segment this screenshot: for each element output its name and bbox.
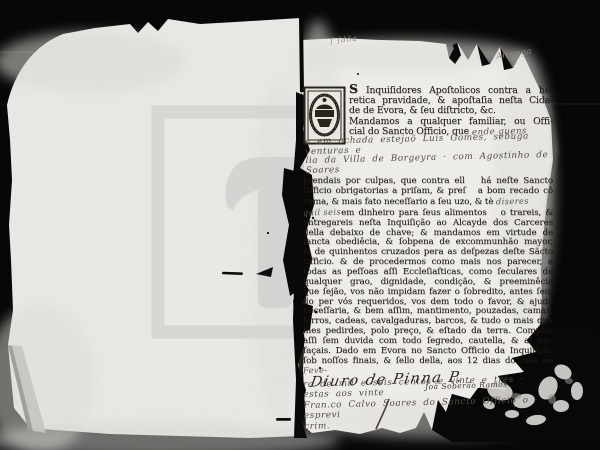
printed-text: do per vós requeridos, vos dem todo o fa… [303,297,553,307]
printed-text: o trareis, & [501,208,553,218]
printed-text: cama, & mais fato neceſſario a ſeu uzo, … [303,197,496,207]
printed-text: Officio. & de procedermos como mais nos … [303,257,553,267]
archival-scan-photo: ſ fdõa Alçenga S Inquiſidores Apoſtolico… [0,0,600,450]
printed-text: neceſſaria, & bem aſſim, mantimento, pou… [303,306,553,316]
body-lines: prendais por culpas, que contra ellhá ne… [303,177,553,377]
printed-text: façais. Dado em Evora no Sancto Officio … [303,346,553,356]
printed-text: ſob noſſos finais, & ſello della, aos 12… [303,356,553,366]
printed-text: qualquer grao, dignidade, condição, & pr… [303,277,553,287]
printed-text: aſſi ſem duvida com todo ſegredo, cautel… [303,336,553,346]
printed-text: todas as peſſoas aſſi Eccleſiaſticas, co… [303,267,553,277]
printed-text: ſancta obediêcia, & ſobpena de excommunh… [303,237,553,247]
printed-text: lhes pedirdes, polo preço, & eſtado da t… [303,326,553,336]
printed-text: a bom recado cõ [478,186,553,196]
printed-text: & de quinhentos cruzados pera as deſpeza… [303,247,553,257]
printed-text: que ſejão, vos não impidam fazer o ſobre… [303,287,553,297]
printed-text: Officio obrigatorias a priſam, & preſ [303,186,466,196]
printed-text: prendais por culpas, que contra ell [303,176,465,186]
manuscript-word: quil seis [303,207,341,218]
printed-text: ferros, cadeas, cavalgaduras, barcos, & … [303,316,553,326]
manuscript-insert-block: e em achada estejaõ Luis Gomes, sebuga v… [305,132,554,176]
printed-text: há neſte Sancto [481,176,553,186]
printed-text: entregareis neſta Inquiſição ao Alcayde … [303,218,553,228]
printed-text: S [349,81,358,96]
manuscript-word: diseres [496,197,529,208]
printed-text: em dinheiro para ſeus alimentos [341,208,487,218]
headline-lines: S Inquiſidores Apoſtolicos contra a he-r… [349,84,553,137]
